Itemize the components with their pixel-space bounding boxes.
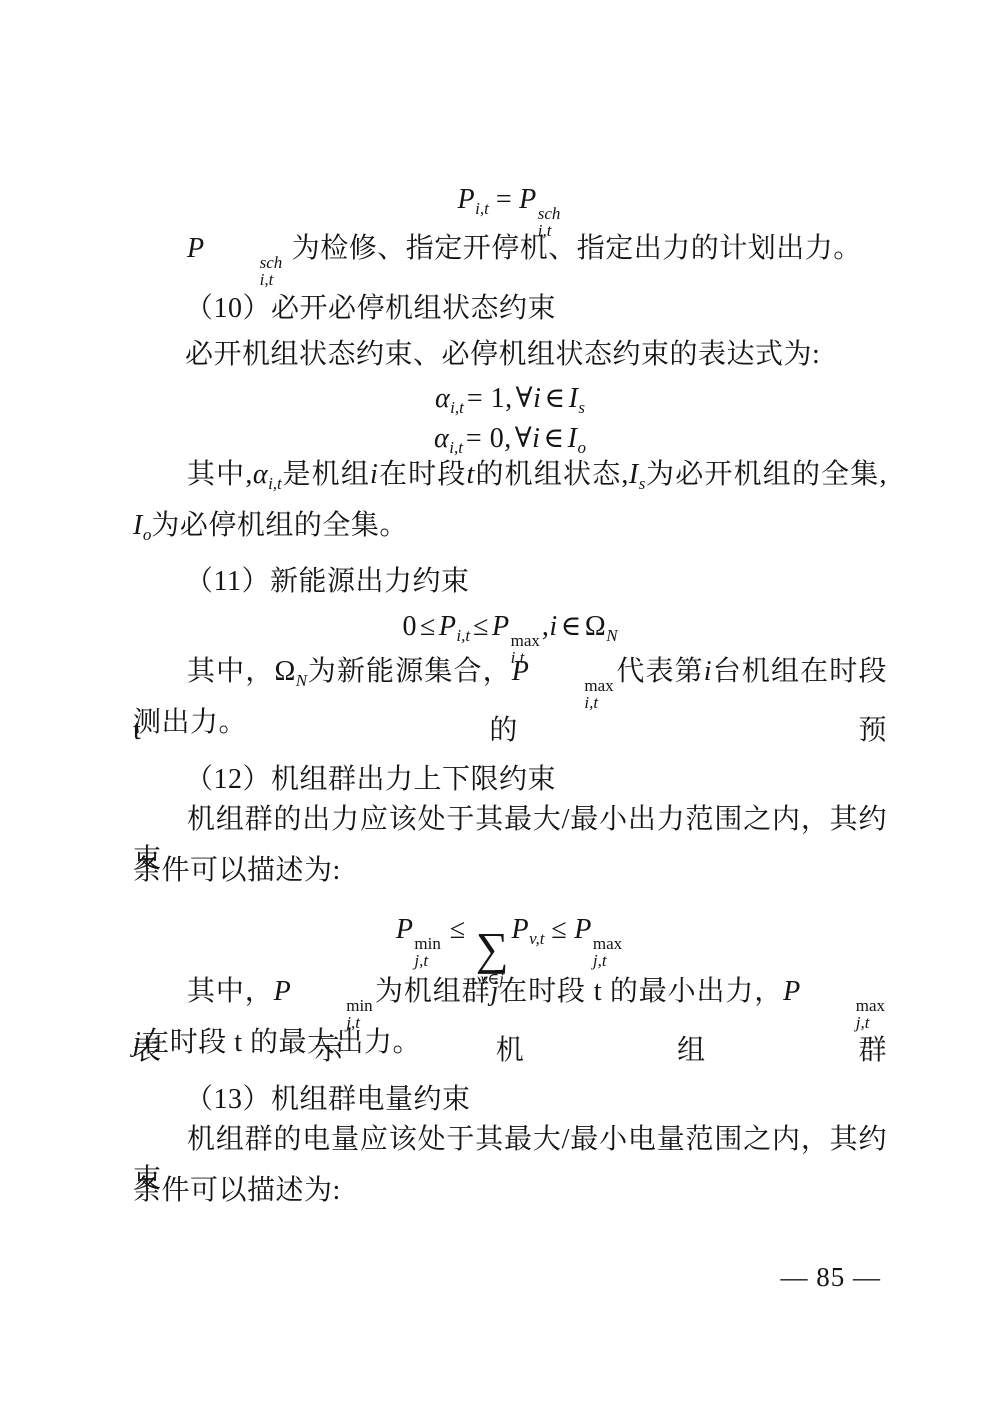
math-subscript: i,t (450, 398, 464, 417)
math-equals: = (496, 184, 512, 215)
math-subscript: i,t (475, 199, 489, 218)
math-leq: ≤ (450, 914, 466, 945)
math-subscript: i,t (206, 271, 274, 288)
math-equals: = 0, (466, 423, 512, 454)
math-var-P: P (274, 976, 292, 1007)
math-element-of: ∈ (543, 423, 564, 454)
text-run: 在时段 (378, 459, 466, 490)
math-subscript: j,t (593, 952, 607, 969)
math-superscript: sch (206, 254, 283, 271)
math-subscript: N (296, 671, 307, 690)
heading-text: （10）必开必停机组状态约束 (185, 293, 556, 324)
text-run: 测出力。 (133, 707, 247, 738)
math-leq: ≤ (420, 611, 436, 642)
heading-text: （11）新能源出力约束 (185, 566, 469, 597)
text-run: 条件可以描述为: (133, 1175, 341, 1206)
math-var-j: j (491, 976, 499, 1007)
text-run: 为新能源集合， (307, 656, 512, 687)
text-run: 为机组群 (375, 976, 491, 1007)
math-subscript: v,t (529, 929, 544, 948)
math-var-P: P (783, 976, 801, 1007)
page-number-text: — 85 — (781, 1262, 882, 1292)
text-run: 代表第 (616, 656, 704, 687)
math-var-I: I (568, 423, 578, 454)
paragraph-sec11-expl-line2: 测出力。 (133, 703, 887, 743)
text-run: 条件可以描述为: (133, 855, 341, 886)
math-superscript: max (802, 997, 885, 1014)
math-var-i: i (533, 383, 541, 414)
math-var-P: P (574, 914, 592, 945)
math-var-i: i (532, 423, 540, 454)
math-var-t: t (467, 459, 475, 490)
math-forall: ∀ (515, 423, 532, 454)
math-var-P: P (512, 914, 530, 945)
heading-text: （13）机组群电量约束 (185, 1084, 471, 1115)
paragraph-sec10-expl-line2: Io为必停机组的全集。 (133, 506, 887, 546)
math-var-I: I (629, 459, 639, 490)
math-var-P: P (187, 233, 205, 264)
math-var-alpha: α (435, 383, 450, 414)
text-run: 为必停机组的全集。 (151, 510, 408, 541)
math-superscript: max (530, 677, 613, 694)
math-var-P: P (439, 611, 457, 642)
math-var-P: P (396, 914, 414, 945)
math-var-i: i (704, 656, 712, 687)
text-run: 必开机组状态约束、必停机组状态约束的表达式为: (185, 339, 820, 370)
math-subscript: i,t (456, 626, 470, 645)
heading-13: （13）机组群电量约束 (185, 1080, 887, 1120)
math-subscript: j,t (414, 952, 428, 969)
text-run: 在时段 t 的最小出力， (499, 976, 783, 1007)
math-omega: Ω (585, 611, 606, 642)
math-zero: 0 (402, 611, 417, 642)
math-var-I: I (133, 510, 143, 541)
text-run: 的机组状态, (475, 459, 629, 490)
math-supsub-stack: maxj,t (593, 935, 622, 969)
math-superscript: max (593, 935, 622, 952)
heading-text: （12）机组群出力上下限约束 (185, 764, 556, 795)
math-leq: ≤ (551, 914, 567, 945)
math-superscript: min (292, 997, 372, 1014)
paragraph-sec12-expl-line2: j在时段 t 的最大出力。 (133, 1023, 887, 1063)
math-superscript: max (511, 632, 540, 649)
paragraph-sec12-desc-line2: 条件可以描述为: (133, 851, 887, 891)
math-forall: ∀ (516, 383, 533, 414)
paragraph-sec10-intro: 必开机组状态约束、必停机组状态约束的表达式为: (185, 335, 887, 375)
math-var-alpha: α (253, 459, 268, 490)
math-var-P: P (492, 611, 510, 642)
paragraph-sec13-desc-line2: 条件可以描述为: (133, 1171, 887, 1211)
document-page: Pi,t=Pschi,t Pschi,t 为检修、指定开停机、指定出力的计划出力… (0, 0, 1000, 1414)
text-run: 其中， (187, 656, 274, 687)
text-run: 为检修、指定开停机、指定出力的计划出力。 (292, 233, 862, 264)
math-equals: = 1, (467, 383, 513, 414)
math-var-P: P (458, 184, 476, 215)
heading-12: （12）机组群出力上下限约束 (185, 760, 887, 800)
text-run: 为必开机组的全集, (645, 459, 887, 490)
sigma-symbol: ∑ (476, 927, 509, 971)
math-element-of: ∈ (561, 611, 582, 642)
paragraph-scheduled-output: Pschi,t 为检修、指定开停机、指定出力的计划出力。 (133, 229, 887, 288)
math-var-alpha: α (434, 423, 449, 454)
text-run: 是机组 (282, 459, 370, 490)
math-element-of: ∈ (544, 383, 565, 414)
heading-10: （10）必开必停机组状态约束 (185, 289, 887, 329)
math-var-I: I (569, 383, 579, 414)
math-subscript: i,t (268, 474, 282, 493)
math-supsub-stack: minj,t (414, 935, 440, 969)
math-omega: Ω (274, 656, 295, 687)
math-superscript: sch (538, 205, 561, 222)
formula-must-off: αi,t= 0,∀i∈Io (133, 419, 887, 459)
math-var-P: P (512, 656, 530, 687)
text-run: 在时段 t 的最大出力。 (141, 1027, 421, 1058)
math-subscript: N (606, 626, 617, 645)
text-run: 其中, (187, 459, 253, 490)
page-number: — 85 — (133, 1262, 881, 1293)
paragraph-sec10-expl-line1: 其中,αi,t是机组i在时段t的机组状态,Is为必开机组的全集, (133, 455, 887, 495)
heading-11: （11）新能源出力约束 (185, 562, 887, 602)
math-subscript: s (578, 398, 585, 417)
text-run: 其中， (187, 976, 274, 1007)
formula-must-on: αi,t= 1,∀i∈Is (133, 379, 887, 419)
math-superscript: min (414, 935, 440, 952)
math-var-P: P (519, 184, 537, 215)
math-supsub-stack: schi,t (206, 254, 283, 288)
math-leq: ≤ (473, 611, 489, 642)
math-var-i: i (549, 611, 557, 642)
